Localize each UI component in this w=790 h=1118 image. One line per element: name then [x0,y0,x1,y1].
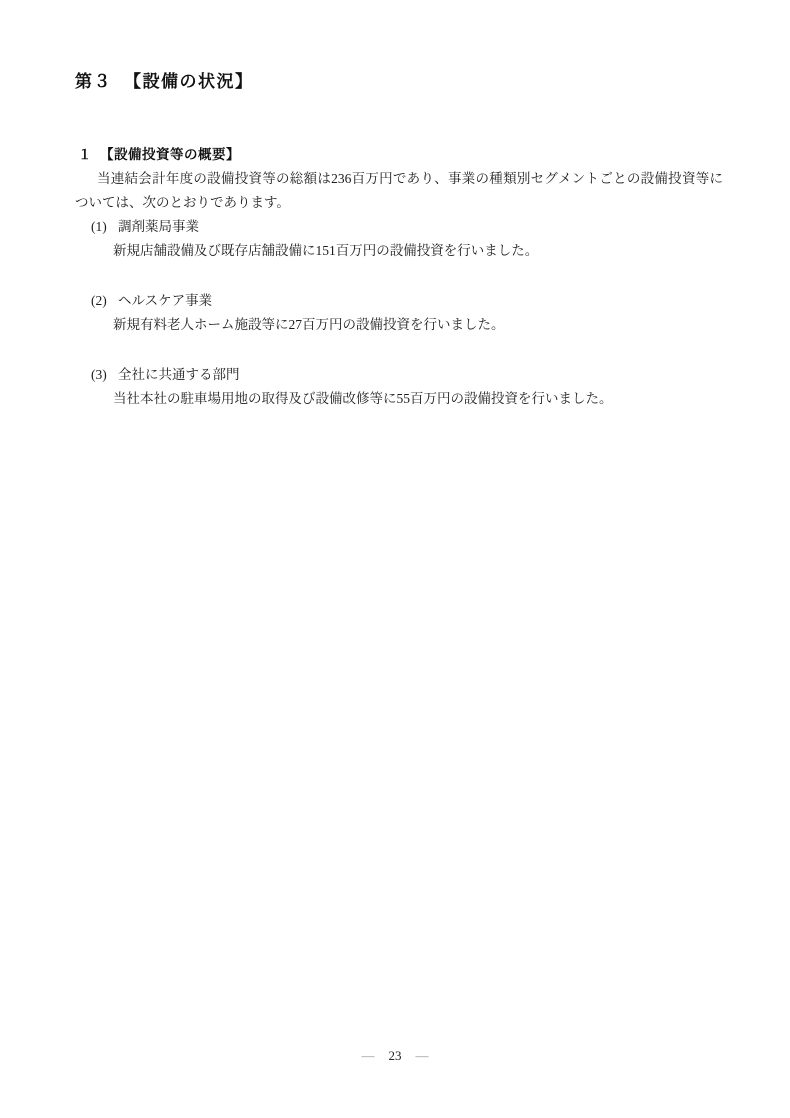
list-item: (1)調剤薬局事業 新規店舗設備及び既存店舗設備に151百万円の設備投資を行いま… [0,215,790,263]
page-footer: ―23― [0,1046,790,1066]
item-heading: (2)ヘルスケア事業 [91,289,790,313]
list-item: (3)全社に共通する部門 当社本社の駐車場用地の取得及び設備改修等に55百万円の… [0,363,790,411]
item-number: (1) [91,215,111,239]
item-title: 調剤薬局事業 [118,219,199,234]
footer-left-dash: ― [362,1048,375,1063]
list-item: (2)ヘルスケア事業 新規有料老人ホーム施設等に27百万円の設備投資を行いました… [0,289,790,337]
item-heading: (1)調剤薬局事業 [91,215,790,239]
item-title: ヘルスケア事業 [118,293,212,308]
item-detail-text: 当社本社の駐車場用地の取得及び設備改修等に55百万円の設備投資を行いました。 [113,387,790,411]
item-number: (3) [91,363,111,387]
chapter-title: 【設備の状況】 [124,72,254,91]
item-heading: (3)全社に共通する部門 [91,363,790,387]
item-title: 全社に共通する部門 [118,367,240,382]
chapter-number: 第３ [75,72,112,91]
intro-paragraph: 当連結会計年度の設備投資等の総額は236百万円であり、事業の種類別セグメントごと… [75,167,723,215]
section-title: 【設備投資等の概要】 [100,147,240,162]
item-number: (2) [91,289,111,313]
page-number: 23 [389,1048,402,1063]
item-detail-text: 新規有料老人ホーム施設等に27百万円の設備投資を行いました。 [113,313,790,337]
section-number: １ [78,147,92,162]
footer-right-dash: ― [416,1048,429,1063]
document-page: 第３【設備の状況】 １【設備投資等の概要】 当連結会計年度の設備投資等の総額は2… [0,0,790,1118]
chapter-heading: 第３【設備の状況】 [75,70,790,94]
section-heading: １【設備投資等の概要】 [78,143,790,167]
item-detail-text: 新規店舗設備及び既存店舗設備に151百万円の設備投資を行いました。 [113,239,790,263]
